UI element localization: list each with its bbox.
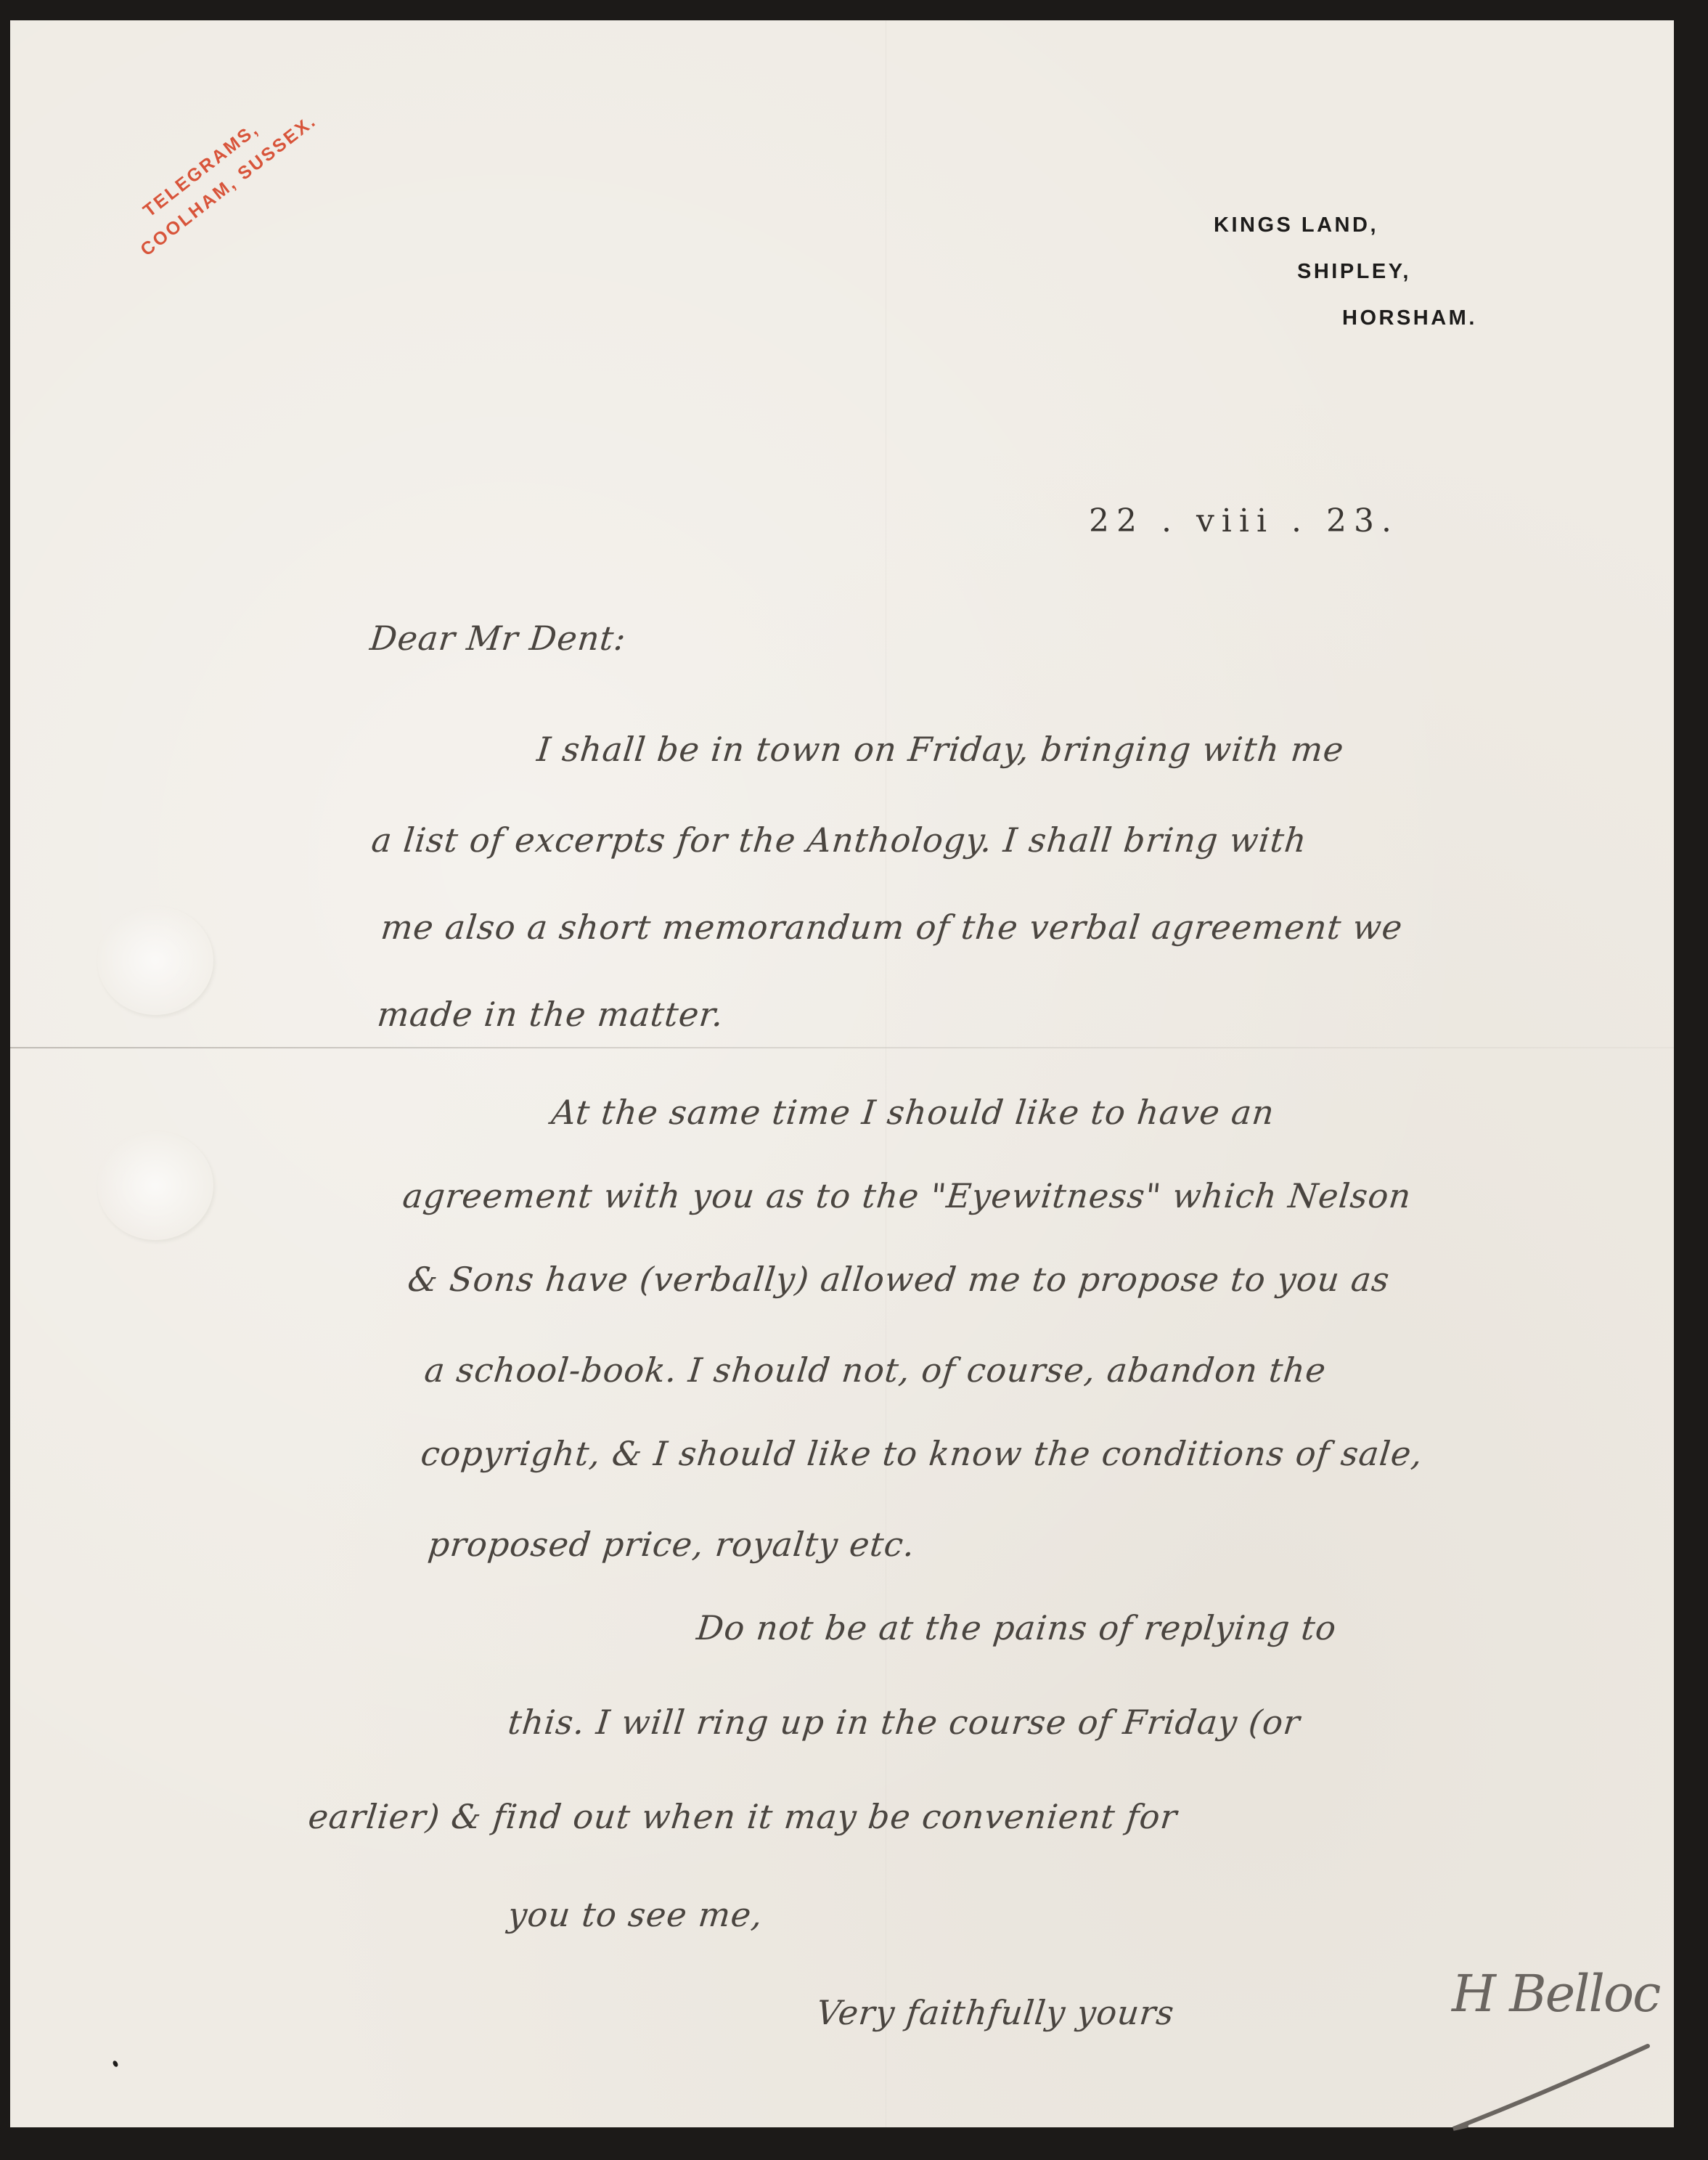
closing: Very faithfully yours (814, 1993, 1176, 2032)
body-line: I shall be in town on Friday, bringing w… (535, 730, 1346, 769)
address-line-1: KINGS LAND, (1214, 202, 1477, 248)
letterhead-address: KINGS LAND, SHIPLEY, HORSHAM. (1214, 202, 1477, 341)
body-line: a list of excerpts for the Anthology. I … (369, 820, 1309, 860)
body-line: Do not be at the pains of replying to (695, 1608, 1339, 1647)
signature-underline-icon (1445, 2040, 1655, 2135)
body-line: earlier) & find out when it may be conve… (306, 1797, 1179, 1836)
address-line-3: HORSHAM. (1214, 295, 1477, 341)
address-line-2: SHIPLEY, (1214, 248, 1477, 295)
body-line: & Sons have (verbally) allowed me to pro… (406, 1260, 1392, 1299)
body-line: agreement with you as to the "Eyewitness… (401, 1176, 1413, 1215)
body-line: made in the matter. (375, 995, 726, 1034)
salutation: Dear Mr Dent: (368, 619, 628, 658)
body-line: At the same time I should like to have a… (549, 1093, 1276, 1132)
embossed-mark-icon (97, 1131, 213, 1240)
embossed-mark-icon (97, 906, 213, 1015)
body-line: proposed price, royalty etc. (426, 1525, 917, 1564)
body-line: me also a short memorandum of the verbal… (379, 908, 1405, 947)
body-line: you to see me, (506, 1895, 765, 1934)
body-line: copyright, & I should like to know the c… (419, 1434, 1425, 1473)
body-line: a school-book. I should not, of course, … (422, 1350, 1328, 1390)
body-line: this. I will ring up in the course of Fr… (506, 1703, 1302, 1742)
signature: H Belloc (1452, 1964, 1659, 2024)
letter-date: 22 . viii . 23. (1089, 502, 1399, 539)
fold-line (10, 1047, 1674, 1048)
